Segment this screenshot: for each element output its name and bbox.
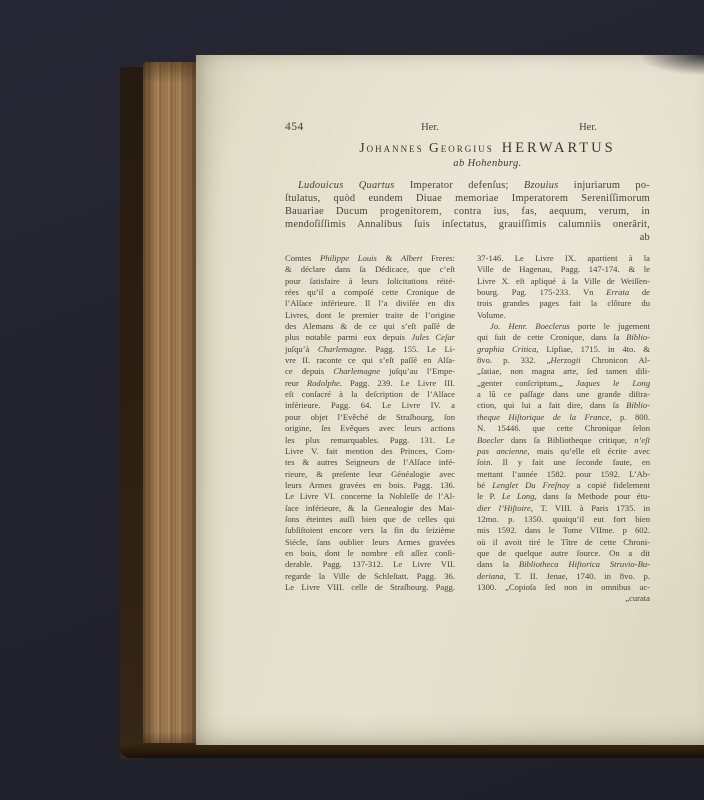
text-line: dans la Bibliotheca Hiſtorica Struvio-Bu… [477, 559, 650, 570]
photo-background: 454 Her. Her. Johannes Georgius HERWARTU… [0, 0, 704, 800]
text-line: 1300. „Copioſa ſed non in omnibus ac- [477, 582, 650, 593]
text-line: „ſatiae, non magna arte, ſed tamen dili- [477, 366, 650, 377]
text-line: Bauariae Ducum progenitorem, contra ius,… [285, 205, 650, 218]
text-line: où il avoit tiré le Tître de cette Chron… [477, 537, 650, 548]
text-line: en bois, dont le nombre eſt aſſez conſi- [285, 548, 455, 559]
text-line: ſace inférieure, & la Genealogie des Mai… [285, 503, 455, 514]
text-line: pour ſatisfaire à leurs ſolicitations ré… [285, 276, 455, 287]
text-line: Livres, dont le premier traite de l’orig… [285, 310, 455, 321]
text-line: le P. Le Long, dans ſa Methode pour étu- [477, 491, 650, 502]
text-line: theque Hiſtorique de la France, p. 800. [477, 412, 650, 423]
text-line: „genter conſcriptum.„ Jaques le Long [477, 378, 650, 389]
text-line: ſons éteintes auſſi bien que de celles q… [285, 514, 455, 525]
text-line: ction, qui lui a fait dire, dans ſa Bibl… [477, 400, 650, 411]
text-line: mendoſiſſimis Annalibus ſuis inſectatus,… [285, 218, 650, 231]
running-head-left: Her. [421, 122, 439, 133]
text-line: pas ancienne, mais qu’elle eſt écrite av… [477, 446, 650, 457]
text-line: 12mo. p. 1350. quoiqu’il eut fort bien [477, 514, 650, 525]
text-line: l’Alſace inférieure. Il l’a diviſée en d… [285, 298, 455, 309]
text-line: Le Livre VI. concerne la Nobleſſe de l’A… [285, 491, 455, 502]
text-line: Comtes Philippe Louis & Albert Freres: [285, 253, 455, 264]
text-line: plus notable parmi eux depuis Jules Ceſa… [285, 332, 455, 343]
text-line: eſt conſacré à la deſcription de l’Alſac… [285, 389, 455, 400]
text-line: leurs Armes gravées en bois. Pagg. 136. [285, 480, 455, 491]
book-page: 454 Her. Her. Johannes Georgius HERWARTU… [196, 55, 704, 745]
text-line: ſoin. Il y fait une ſeconde faute, en [477, 457, 650, 468]
text-line: qui ſuit de cette Cronique, dans ſa Bibl… [477, 332, 650, 343]
book-bottom-edge [116, 743, 704, 758]
book: 454 Her. Her. Johannes Georgius HERWARTU… [128, 55, 704, 757]
title-subtitle: ab Hohenburg. [325, 158, 650, 169]
text-line: les plus remarquables. Pagg. 131. Le [285, 435, 455, 446]
text-line: Livre X. eſt apliqué à la Ville de Weiſſ… [477, 276, 650, 287]
running-head-right: Her. [579, 122, 597, 133]
text-line: Boecler dans ſa Bibliotheque critique, n… [477, 435, 650, 446]
text-line: Le Livre VIII. celle de Straſbourg. Pagg… [285, 582, 455, 593]
text-line: dier l’Hiſtoire, T. VIII. à Paris 1735. … [477, 503, 650, 514]
text-line: deriana, T. II. Jenae, 1740. in 8vo. p. [477, 571, 650, 582]
text-line: graphia Critica, Lipſiae, 1715. in 4to. … [477, 344, 650, 355]
title-given-names: Johannes Georgius [359, 140, 493, 155]
text-line: bé Lenglet Du Freſnoy a copié fidelement [477, 480, 650, 491]
text-line: vre II. raconte ce qui s’eſt paſſé en Al… [285, 355, 455, 366]
text-line: rées qu’il a compoſé cette Cronique de [285, 287, 455, 298]
column-right: 37-146. Le Livre IX. apartient à laVille… [477, 253, 650, 605]
text-line: derable. Pagg. 137-312. Le Livre VII. [285, 559, 455, 570]
text-line: Siécle, ſans oublier leurs Armes gravées [285, 537, 455, 548]
text-line: rieure, & preſente leur Généalogie avec [285, 469, 455, 480]
text-line: a lû ce paſſage dans une grande diſtra- [477, 389, 650, 400]
latin-summary: Ludouicus Quartus Imperator defenſus; Bz… [285, 179, 650, 244]
text-line: Ludouicus Quartus Imperator defenſus; Bz… [285, 179, 650, 192]
text-line: 8vo. p. 332. „Herzogii Chronicon Al- [477, 355, 650, 366]
text-line: ſubſiſtoient encore vers la fin du ſeizi… [285, 525, 455, 536]
text-line: regarde la Ville de Schleſtatt. Pagg. 36… [285, 571, 455, 582]
page-header: 454 Her. Her. [285, 121, 650, 135]
text-line: Ville de Hagenau, Pagg. 147-174. & le [477, 264, 650, 275]
column-left: Comtes Philippe Louis & Albert Freres:& … [285, 253, 455, 593]
text-line: tes & autres Seigneurs de l’Alſace infé- [285, 457, 455, 468]
text-line: trois grandes pages fait la clôture du [477, 298, 650, 309]
text-line: que de quelque autre ſource. On a dit [477, 548, 650, 559]
text-line: Jo. Henr. Boeclerus porte le jugement [477, 321, 650, 332]
text-line: reur Rodolphe. Pagg. 239. Le Livre III. [285, 378, 455, 389]
text-line: mis 1592. dans le Tome VIIme. p 602. [477, 525, 650, 536]
text-line: 37-146. Le Livre IX. apartient à la [477, 253, 650, 264]
text-line: Volume. [477, 310, 650, 321]
title-surname: HERWARTUS [502, 140, 616, 156]
text-line: Livre V. fait mention des Princes, Com- [285, 446, 455, 457]
text-line: mettant l’année 1582. pour 1592. L’Ab- [477, 469, 650, 480]
text-line: origine, ſes Evêques avec leurs actions [285, 423, 455, 434]
text-line: bourg. Pag. 175-233. Vn Errata de [477, 287, 650, 298]
text-line: pour objet l’Evêché de Straſbourg, ſon [285, 412, 455, 423]
text-line: ce depuis Charlemagne juſqu’au l’Empe- [285, 366, 455, 377]
text-line: juſqu’à Charlemagne. Pagg. 155. Le Li- [285, 344, 455, 355]
article-title: Johannes Georgius HERWARTUS ab Hohenburg… [285, 139, 650, 169]
text-line: N. 15446. que cette Chronique ſelon [477, 423, 650, 434]
text-line: „curata [477, 593, 650, 604]
text-line: ab [285, 231, 650, 244]
title-name-line: Johannes Georgius HERWARTUS [325, 139, 650, 157]
text-line: & déclare dans ſa Dédicace, que c’eſt [285, 264, 455, 275]
page-corner-shadow [626, 55, 704, 77]
page-fore-edge [143, 62, 196, 752]
book-cover-edge [120, 67, 143, 759]
text-line: des Alemans & de ce qui s’eſt paſſé de [285, 321, 455, 332]
page-number: 454 [285, 121, 304, 133]
text-line: ſtulatus, quòd eundem Diuae memoriae Imp… [285, 192, 650, 205]
text-line: inférieure. Pagg. 64. Le Livre IV. a [285, 400, 455, 411]
